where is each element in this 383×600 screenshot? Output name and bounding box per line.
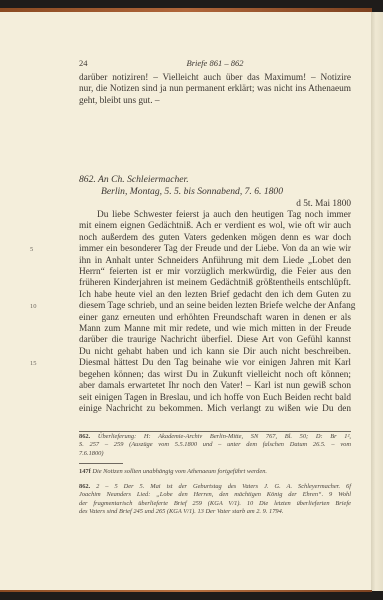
running-head: Briefe 861 – 862	[79, 58, 351, 68]
note-text: 7.6.1800)	[79, 450, 104, 457]
text-line: Du nicht gehabt haben und ich kann sie D…	[79, 347, 351, 358]
text-line: geht, bleibt uns gut. –	[79, 96, 351, 107]
footnote-divider	[79, 431, 351, 432]
letter-place-date: Berlin, Montag, 5. 5. bis Sonnabend, 7. …	[79, 186, 283, 198]
note-text: S. 257 – 259 (Auszüge vom 5.5.1800 und –…	[79, 441, 351, 448]
book-bottom-edge	[0, 592, 383, 600]
text-line: Diesmal hättest Du den Tag beinahe wie v…	[79, 358, 351, 369]
note-text: der fragmentarisch überlieferte Brief 25…	[79, 500, 351, 507]
line-number: 10	[30, 301, 42, 312]
text-line: Mann zum Manne mit mir redete, und wie m…	[79, 324, 351, 335]
page-header: 24 Briefe 861 – 862	[79, 58, 351, 70]
note-text: Überlieferung: H: Akademie-Archiv Berlin…	[98, 433, 351, 440]
letter-number: 862.	[79, 174, 96, 185]
text-line: darüber notiziren! – Vielleicht auch übe…	[79, 73, 351, 84]
text-line: begehen können; das wirst Du in Zukunft …	[79, 370, 351, 381]
text-line: Herrn“ feierten ist er mir vorzüglich me…	[79, 267, 351, 278]
text-line: mit einem eignen Gedächtniß. Ach er verd…	[79, 221, 351, 232]
text-line: Du liebe Schwester feierst ja auch den h…	[79, 210, 351, 221]
commentary-note: 862. 2 – 5 Der 5. Mai ist der Geburtstag…	[79, 483, 351, 517]
letter-recipient: An Ch. Schleiermacher.	[98, 174, 189, 185]
book-page: 24 Briefe 861 – 862 darüber notiziren! –…	[0, 12, 371, 591]
letter-body: Du liebe Schwester feierst ja auch den h…	[79, 210, 351, 415]
line-number: 5	[30, 244, 42, 255]
text-line: einer ganz erneuten und erhöhten Freunds…	[79, 313, 351, 324]
text-line: diesem Tage schrieb, und an seine beiden…	[79, 301, 351, 312]
letter-heading: 862. An Ch. Schleiermacher. Berlin, Mont…	[79, 174, 283, 197]
text-line: früheren Kinderjahren ist meinem Gedächt…	[79, 278, 351, 289]
note-label: 862.	[79, 483, 90, 490]
line-number: 15	[30, 358, 42, 369]
next-page-edge	[371, 12, 383, 591]
text-line: nur, die Notizen sind ja nun permanent e…	[79, 84, 351, 95]
note-label: 862.	[79, 433, 90, 440]
prior-letter-note: 147f Die Notizen sollten unabhängig vom …	[79, 468, 351, 476]
transmission-note: 862. Überlieferung: H: Akademie-Archiv B…	[79, 433, 351, 458]
letter-dateline: d 5t. Mai 1800	[296, 199, 351, 209]
text-line: darüber die traurige Nachricht überfiel.…	[79, 335, 351, 346]
continuation-paragraph: darüber notiziren! – Vielleicht auch übe…	[79, 73, 351, 107]
text-line: seit einigen Tagen in Breslau, und ich h…	[79, 393, 351, 404]
note-text: Joachim Neanders Lied: „Lobe den Herren,…	[79, 491, 351, 498]
note-text: Die Notizen sollten unabhängig vom Athen…	[92, 468, 267, 475]
text-line: ihn in Anhalt unter Schneiders Anführung…	[79, 256, 351, 267]
text-line: immer ein besonderer Tag der Freude und …	[79, 244, 351, 255]
note-label: 147f	[79, 468, 91, 475]
note-text: des Vaters sind Brief 245 und 265 (KGA V…	[79, 508, 283, 515]
text-line: einige Nachricht zu bekommen. Mich verla…	[79, 404, 351, 415]
note-text: 2 – 5 Der 5. Mai ist der Geburtstag des …	[96, 483, 351, 490]
text-line: aber damals erwartetet Ihr noch den Vate…	[79, 381, 351, 392]
text-line: Ich habe heute viel an den lezten Brief …	[79, 290, 351, 301]
text-line: noch außerdem des guten Vaters gedenken …	[79, 233, 351, 244]
short-divider	[79, 463, 123, 464]
